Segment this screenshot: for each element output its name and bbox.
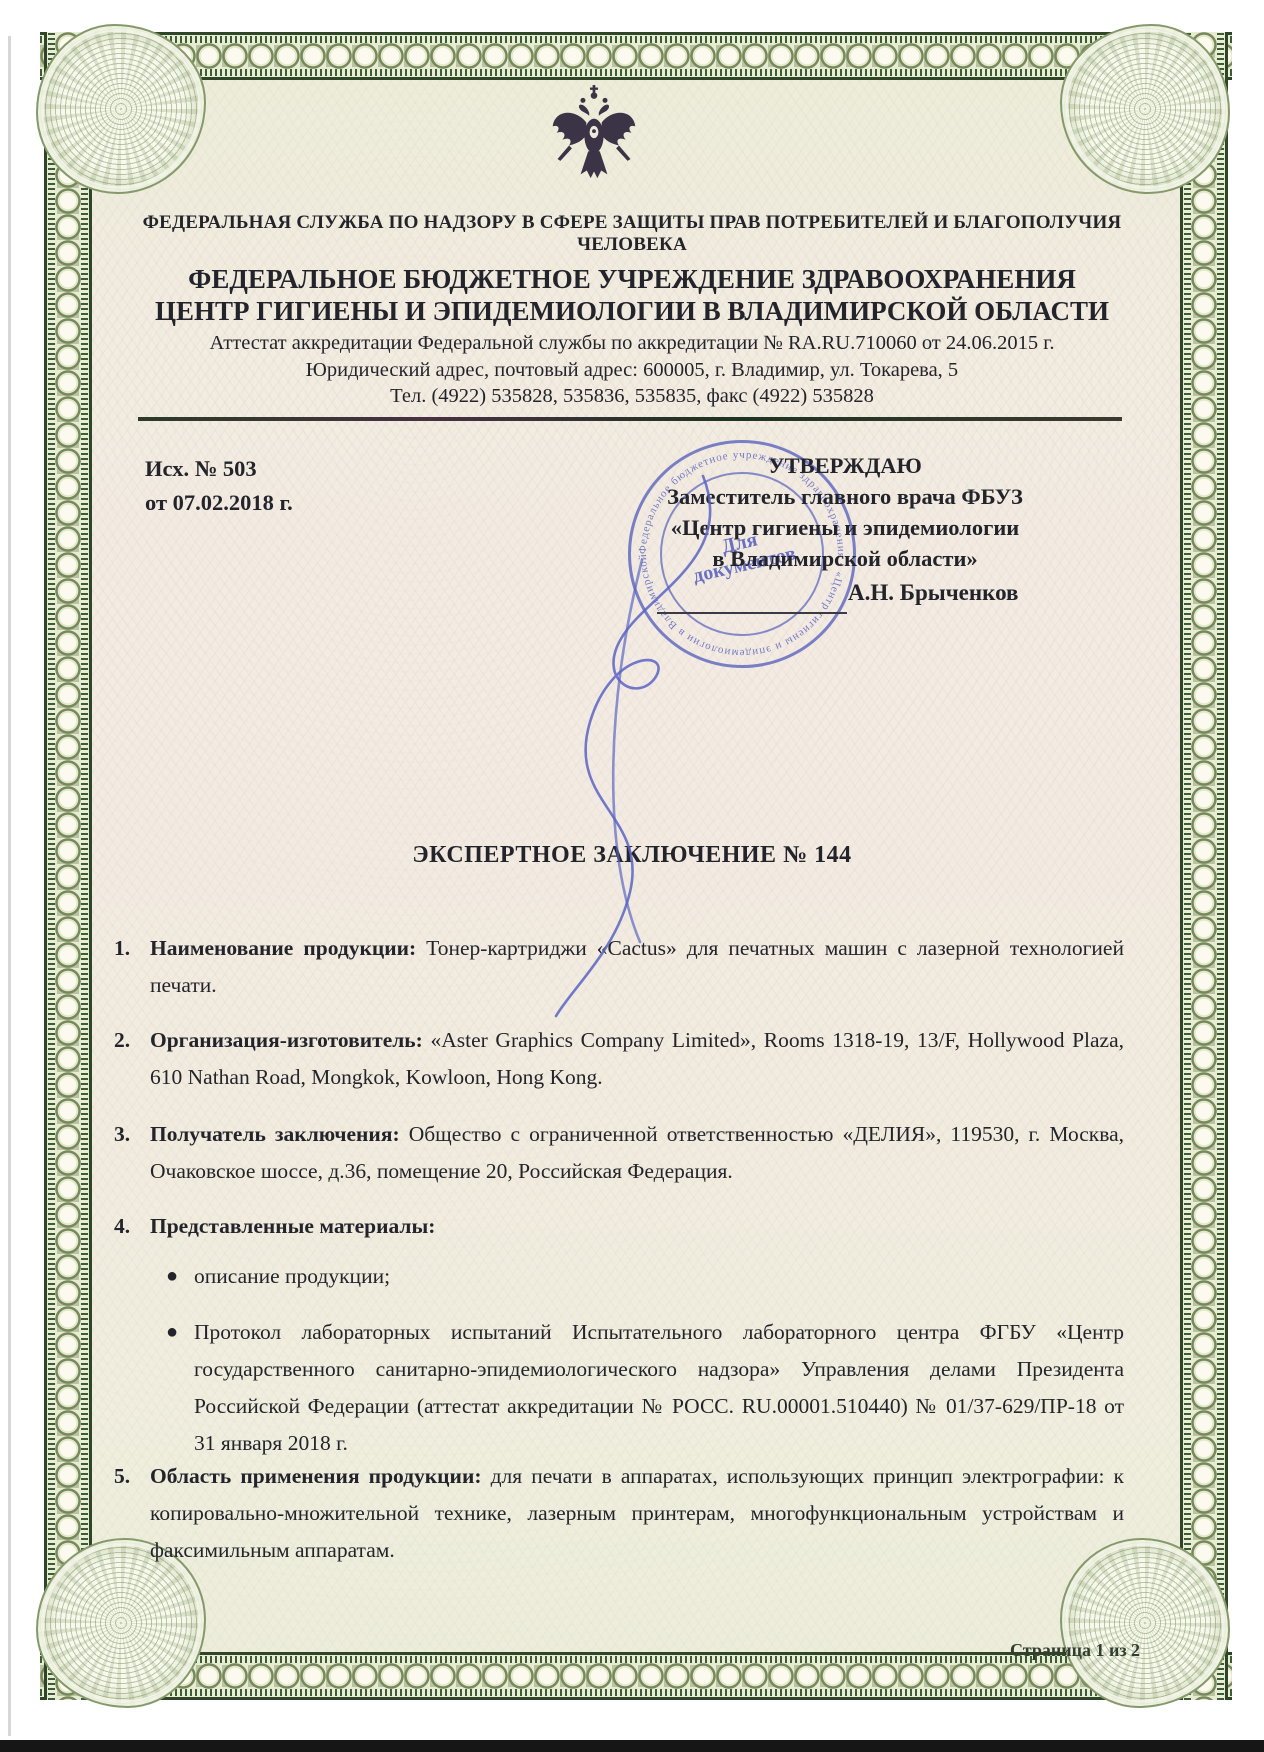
- materials-bullet-2: ● Протокол лабораторных испытаний Испыта…: [166, 1314, 1124, 1462]
- bullet-text: описание продукции;: [194, 1258, 1124, 1295]
- header-accreditation-line: Аттестат аккредитации Федеральной службы…: [120, 332, 1144, 355]
- header-organization-line2: ЦЕНТР ГИГИЕНЫ И ЭПИДЕМИОЛОГИИ В ВЛАДИМИР…: [120, 296, 1144, 327]
- header-address-line: Юридический адрес, почтовый адрес: 60000…: [120, 359, 1144, 382]
- item-text: Организация-изготовитель: «Aster Graphic…: [150, 1022, 1124, 1096]
- item-number: 3.: [114, 1116, 150, 1190]
- item-number: 1.: [114, 930, 150, 1004]
- item-text: Получатель заключения: Общество с ограни…: [150, 1116, 1124, 1190]
- page-number-footer: Страница 1 из 2: [1010, 1640, 1140, 1661]
- signer-name: А.Н. Брыченков: [848, 580, 1018, 606]
- item-label: Представленные материалы:: [150, 1214, 435, 1238]
- coat-of-arms-eagle-icon: [546, 84, 642, 184]
- outgoing-date: от 07.02.2018 г.: [145, 486, 293, 520]
- item-label: Область применения продукции:: [150, 1464, 482, 1488]
- item-manufacturer: 2. Организация-изготовитель: «Aster Grap…: [114, 1022, 1124, 1096]
- item-label: Получатель заключения:: [150, 1122, 400, 1146]
- materials-bullet-1: ● описание продукции;: [166, 1258, 1124, 1295]
- header-phone-line: Тел. (4922) 535828, 535836, 535835, факс…: [120, 385, 1144, 408]
- scanned-certificate-page: Федеральное бюджетное учреждение здравоо…: [0, 0, 1264, 1752]
- item-number: 5.: [114, 1458, 150, 1569]
- item-text: Представленные материалы:: [150, 1208, 1124, 1245]
- item-label: Наименование продукции:: [150, 936, 416, 960]
- document-content: ФЕДЕРАЛЬНАЯ СЛУЖБА ПО НАДЗОРУ В СФЕРЕ ЗА…: [0, 0, 1264, 1752]
- item-recipient: 3. Получатель заключения: Общество с огр…: [114, 1116, 1124, 1190]
- outgoing-number: Исх. № 503: [145, 452, 293, 486]
- header-divider-rule: [138, 417, 1122, 421]
- item-label: Организация-изготовитель:: [150, 1028, 423, 1052]
- bullet-dot-icon: ●: [166, 1314, 194, 1462]
- item-materials-heading: 4. Представленные материалы:: [114, 1208, 1124, 1245]
- outgoing-reference-block: Исх. № 503 от 07.02.2018 г.: [145, 452, 293, 520]
- bullet-dot-icon: ●: [166, 1258, 194, 1295]
- item-number: 2.: [114, 1022, 150, 1096]
- handwritten-signature: [520, 430, 850, 1030]
- bullet-text: Протокол лабораторных испытаний Испытате…: [194, 1314, 1124, 1462]
- item-application-area: 5. Область применения продукции: для печ…: [114, 1458, 1124, 1569]
- header-organization-line1: ФЕДЕРАЛЬНОЕ БЮДЖЕТНОЕ УЧРЕЖДЕНИЕ ЗДРАВОО…: [120, 264, 1144, 295]
- item-text: Область применения продукции: для печати…: [150, 1458, 1124, 1569]
- item-number: 4.: [114, 1208, 150, 1245]
- header-agency-line: ФЕДЕРАЛЬНАЯ СЛУЖБА ПО НАДЗОРУ В СФЕРЕ ЗА…: [120, 212, 1144, 256]
